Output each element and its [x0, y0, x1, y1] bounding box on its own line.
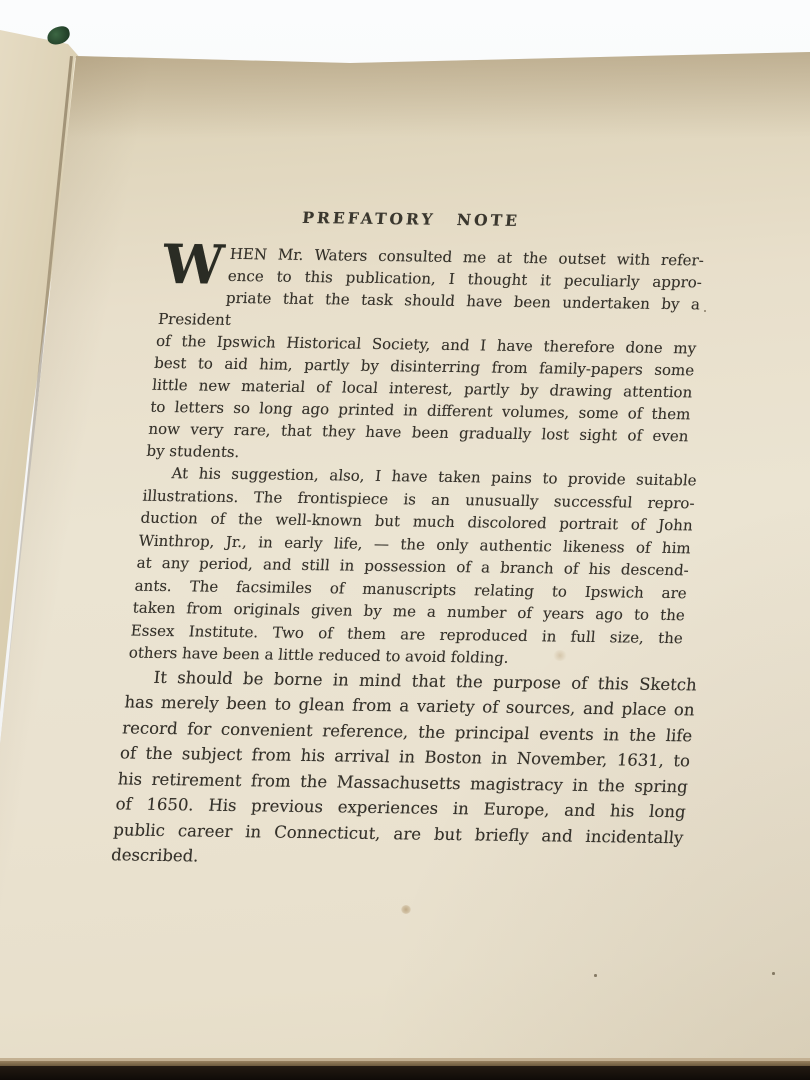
paper-speck: [772, 972, 775, 975]
foxing-stain: [401, 905, 411, 914]
drop-cap: W: [161, 244, 225, 289]
book-page: PREFATORY NOTE W HEN Mr. Waters consulte…: [0, 0, 810, 1080]
paragraph-2: At his suggestion, also, I have taken pa…: [128, 462, 698, 672]
paper-speck: [704, 310, 706, 312]
page-title: PREFATORY NOTE: [140, 206, 682, 233]
text-line: priate that the task should have been un…: [157, 286, 701, 337]
dark-background-strip: [0, 1066, 810, 1080]
book-photo: PREFATORY NOTE W HEN Mr. Waters consulte…: [0, 0, 810, 1080]
paragraph-3: It should be borne in mind that the purp…: [110, 664, 698, 876]
paper-speck: [594, 974, 597, 977]
printed-text-block: PREFATORY NOTE W HEN Mr. Waters consulte…: [110, 206, 708, 875]
paragraph-1: W HEN Mr. Waters consulted me at the out…: [146, 242, 705, 469]
foxing-stain: [553, 650, 567, 661]
